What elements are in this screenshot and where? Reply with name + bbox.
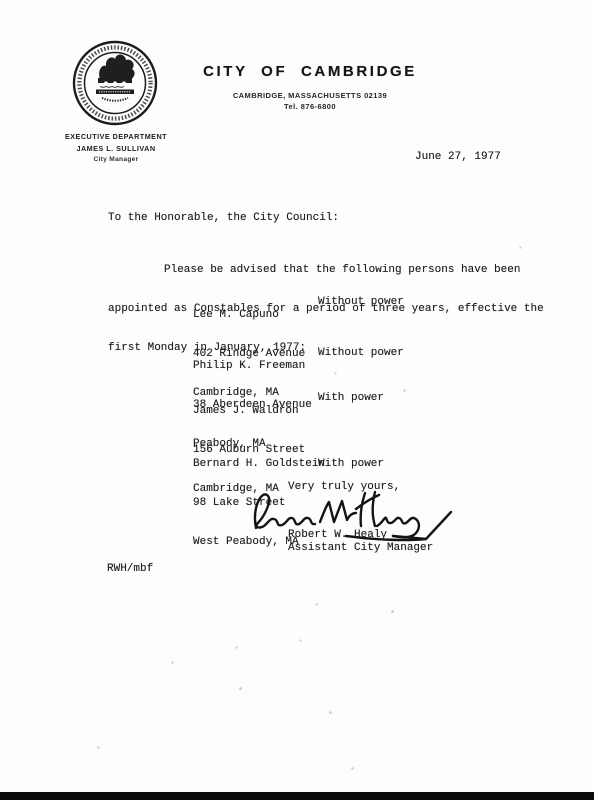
- constable-power-status: With power: [318, 458, 384, 471]
- letter-date: June 27, 1977: [415, 151, 501, 164]
- body-line: Please be advised that the following per…: [108, 264, 548, 277]
- manager-title: City Manager: [38, 154, 194, 165]
- constable-name: James J. Waldron: [193, 405, 483, 418]
- constable-power-status: Without power: [318, 347, 404, 360]
- signer-name: Robert W. Healy: [288, 529, 387, 542]
- letterhead-address: CAMBRIDGE, MASSACHUSETTS 02139: [160, 91, 460, 100]
- city-seal-icon: [72, 40, 158, 126]
- scan-specks: [0, 0, 1, 1]
- letter-page: CITY OF CAMBRIDGE CAMBRIDGE, MASSACHUSET…: [0, 0, 594, 800]
- department-name: EXECUTIVE DEPARTMENT: [38, 131, 194, 143]
- constable-power-status: Without power: [318, 296, 404, 309]
- scan-edge-bar: [0, 792, 594, 800]
- salutation: To the Honorable, the City Council:: [108, 212, 339, 225]
- signer-title: Assistant City Manager: [288, 542, 433, 555]
- manager-name: JAMES L. SULLIVAN: [38, 143, 194, 155]
- reference-initials: RWH/mbf: [107, 563, 153, 576]
- letterhead-phone: Tel. 876-6800: [160, 102, 460, 111]
- constable-name: Lee M. Capuno: [193, 309, 483, 322]
- constable-power-status: With power: [318, 392, 384, 405]
- department-block: EXECUTIVE DEPARTMENT JAMES L. SULLIVAN C…: [38, 131, 194, 165]
- letterhead-title: CITY OF CAMBRIDGE: [160, 63, 460, 80]
- constable-name: Philip K. Freeman: [193, 360, 483, 373]
